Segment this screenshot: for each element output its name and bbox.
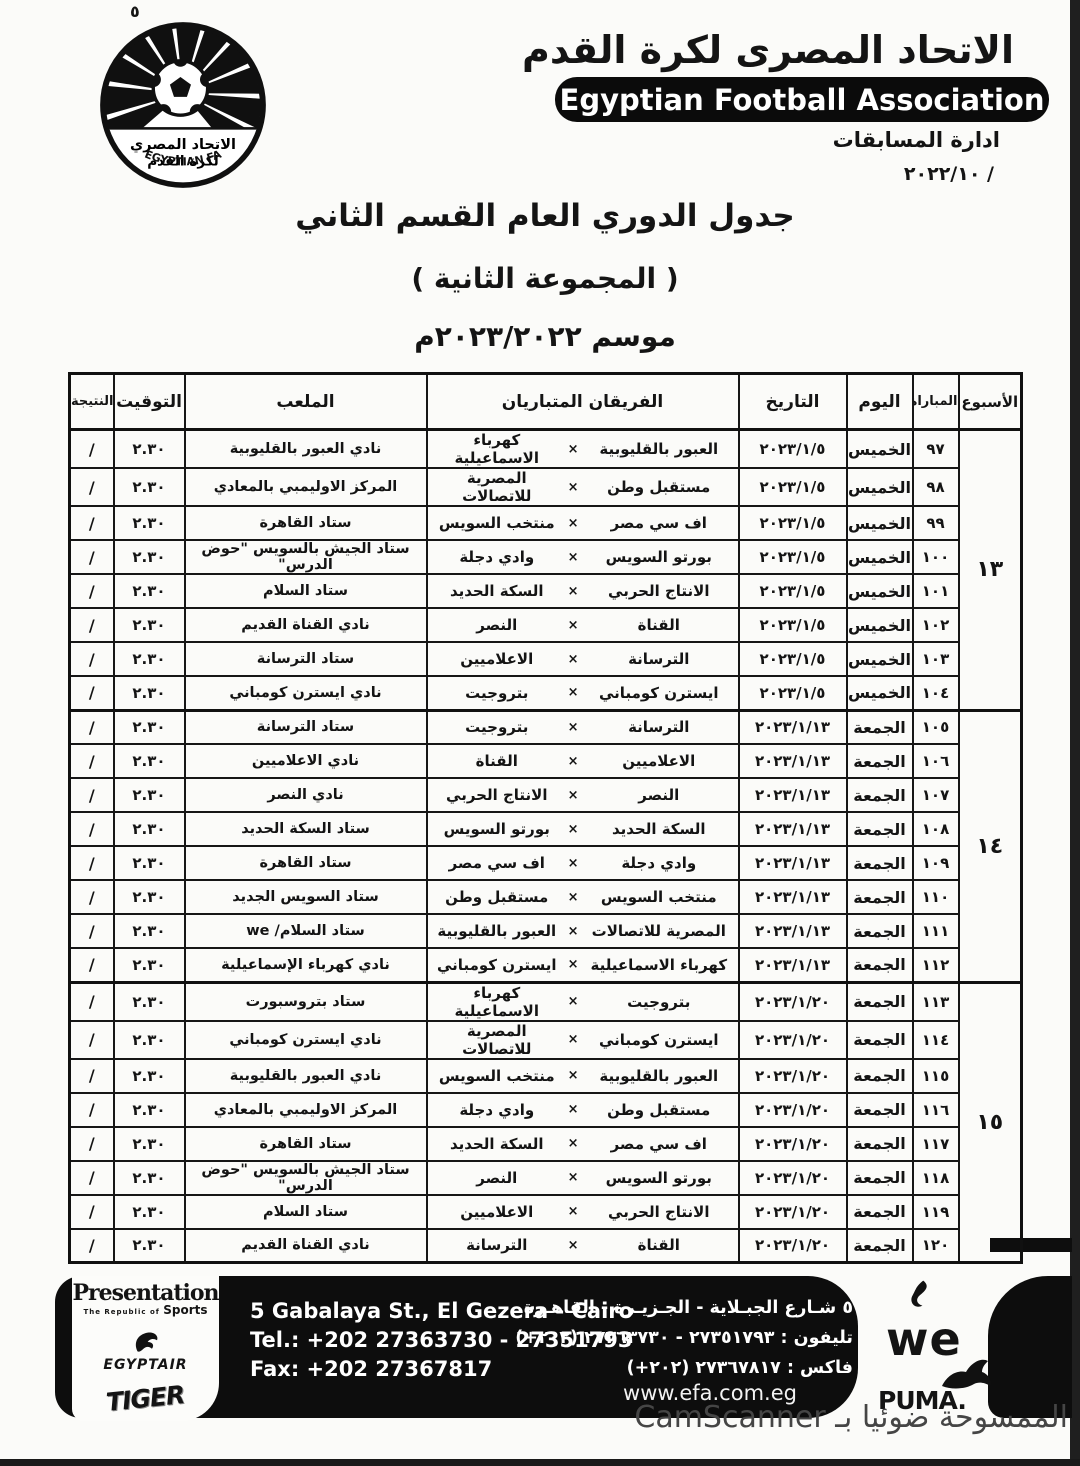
- date-cell: ٢٠٢٣/١/١٣: [739, 778, 847, 812]
- result-cell: /: [70, 676, 114, 710]
- camscanner-watermark: الممسوحة ضوئيا بـ CamScanner: [634, 1400, 1068, 1435]
- result-cell: /: [70, 846, 114, 880]
- vs-separator: ×: [560, 1204, 586, 1219]
- day-cell: الجمعة: [847, 812, 913, 846]
- match-number-cell: ١١٧: [913, 1127, 959, 1161]
- vs-separator: ×: [560, 754, 586, 769]
- result-cell: /: [70, 744, 114, 778]
- teams-cell: كهرباء الاسماعيلية×ايسترن كومباني: [427, 948, 739, 982]
- time-cell: ٢.٣٠: [114, 914, 185, 948]
- match-number-cell: ١٠٥: [913, 710, 959, 744]
- table-row: ١٠١الخميس٢٠٢٣/١/٥الانتاج الحربي×السكة ال…: [70, 574, 1022, 608]
- time-cell: ٢.٣٠: [114, 676, 185, 710]
- result-cell: /: [70, 1127, 114, 1161]
- home-team: منتخب السويس: [586, 888, 731, 906]
- result-cell: /: [70, 430, 114, 469]
- table-row: ١١٩الجمعة٢٠٢٣/١/٢٠الانتاج الحربي×الاعلام…: [70, 1195, 1022, 1229]
- home-team: بورتو السويس: [586, 1169, 731, 1187]
- table-row: ١٣٩٧الخميس٢٠٢٣/١/٥العبور بالقليوبية×كهرب…: [70, 430, 1022, 469]
- teams-cell: الانتاج الحربي×الاعلاميين: [427, 1195, 739, 1229]
- time-cell: ٢.٣٠: [114, 506, 185, 540]
- date-cell: ٢٠٢٣/١/٢٠: [739, 1059, 847, 1093]
- stadium-cell: ستاد بتروسبورت: [185, 982, 427, 1021]
- match-number-cell: ١٠٤: [913, 676, 959, 710]
- address-ar-line1: ٥ شـارع الجبـلاية - الجـزيـرة - القاهـرة: [553, 1293, 853, 1323]
- scan-edge-bottom: [0, 1459, 1080, 1466]
- result-cell: /: [70, 1229, 114, 1263]
- efa-logo-icon: الاتحاد المصري لكرة القدم EGYPTIAN FA: [98, 20, 268, 190]
- day-cell: الخميس: [847, 430, 913, 469]
- teams-cell: الانتاج الحربي×السكة الحديد: [427, 574, 739, 608]
- table-row: ١١٥الجمعة٢٠٢٣/١/٢٠العبور بالقليوبية×منتخ…: [70, 1059, 1022, 1093]
- day-cell: الجمعة: [847, 1021, 913, 1059]
- address-ar-line2: تليفون : ٢٧٣٥١٧٩٣ - ٢٧٣٦٣٧٣٠ (٢٠٢+): [553, 1323, 853, 1353]
- vs-separator: ×: [560, 584, 586, 599]
- day-cell: الجمعة: [847, 1229, 913, 1263]
- table-row: ١٠٧الجمعة٢٠٢٣/١/١٣النصر×الانتاج الحربينا…: [70, 778, 1022, 812]
- away-team: بتروجيت: [434, 684, 561, 702]
- stadium-cell: نادي ايسترن كومباني: [185, 1021, 427, 1059]
- vs-separator: ×: [560, 994, 586, 1009]
- match-number-cell: ١١٠: [913, 880, 959, 914]
- time-cell: ٢.٣٠: [114, 846, 185, 880]
- column-header-week: الأسبوع: [959, 374, 1022, 430]
- stadium-cell: ستاد السلام: [185, 1195, 427, 1229]
- day-cell: الخميس: [847, 642, 913, 676]
- match-number-cell: ١١٣: [913, 982, 959, 1021]
- day-cell: الخميس: [847, 468, 913, 506]
- home-team: بورتو السويس: [586, 548, 731, 566]
- date-cell: ٢٠٢٣/١/٢٠: [739, 1195, 847, 1229]
- result-cell: /: [70, 1161, 114, 1195]
- vs-separator: ×: [560, 550, 586, 565]
- match-number-cell: ١٠٠: [913, 540, 959, 574]
- away-team: مستقبل وطن: [434, 888, 561, 906]
- stadium-cell: نادي العبور بالقليوبية: [185, 430, 427, 469]
- away-team: كهرباء الاسماعيلية: [434, 431, 561, 467]
- home-team: اف سي مصر: [586, 514, 731, 532]
- match-number-cell: ١٠٩: [913, 846, 959, 880]
- away-team: ايسترن كومباني: [434, 956, 561, 974]
- day-cell: الجمعة: [847, 982, 913, 1021]
- away-team: المصرية للاتصالات: [434, 469, 561, 505]
- result-cell: /: [70, 948, 114, 982]
- date-cell: ٢٠٢٣/١/٥: [739, 506, 847, 540]
- away-team: القناة: [434, 752, 561, 770]
- vs-separator: ×: [560, 652, 586, 667]
- time-cell: ٢.٣٠: [114, 642, 185, 676]
- date-cell: ٢٠٢٣/١/٢٠: [739, 1093, 847, 1127]
- time-cell: ٢.٣٠: [114, 982, 185, 1021]
- day-cell: الجمعة: [847, 880, 913, 914]
- stadium-cell: ستاد الجيش بالسويس "حوض الدرس": [185, 1161, 427, 1195]
- away-team: وادي دجلة: [434, 548, 561, 566]
- date-cell: ٢٠٢٣/١/٢٠: [739, 1021, 847, 1059]
- date-cell: ٢٠٢٣/١/٥: [739, 540, 847, 574]
- department-label: ادارة المسابقات: [833, 128, 1000, 152]
- presentation-name: Presentation: [72, 1282, 218, 1304]
- date-cell: ٢٠٢٣/١/٥: [739, 574, 847, 608]
- date-cell: ٢٠٢٣/١/٢٠: [739, 982, 847, 1021]
- day-cell: الخميس: [847, 540, 913, 574]
- match-number-cell: ٩٧: [913, 430, 959, 469]
- match-number-cell: ٩٨: [913, 468, 959, 506]
- table-row: ١٤١٠٥الجمعة٢٠٢٣/١/١٣الترسانة×بتروجيتستاد…: [70, 710, 1022, 744]
- result-cell: /: [70, 914, 114, 948]
- table-row: ١٠٤الخميس٢٠٢٣/١/٥ايسترن كومباني×بتروجيتن…: [70, 676, 1022, 710]
- result-cell: /: [70, 574, 114, 608]
- column-header-teams: الفريقان المتباريان: [427, 374, 739, 430]
- match-number-cell: ١١٦: [913, 1093, 959, 1127]
- column-header-result: النتيجة: [70, 374, 114, 430]
- address-ar-line3: فاكس : ٢٧٣٦٧٨١٧ (٢٠٢+): [553, 1353, 853, 1383]
- day-cell: الجمعة: [847, 914, 913, 948]
- match-number-cell: ١٠٨: [913, 812, 959, 846]
- week-number-cell: ١٤: [959, 710, 1022, 982]
- date-cell: ٢٠٢٣/١/٥: [739, 430, 847, 469]
- schedule-table: الأسبوع المباراة اليوم التاريخ الفريقان …: [68, 372, 1023, 1264]
- day-cell: الخميس: [847, 608, 913, 642]
- vs-separator: ×: [560, 480, 586, 495]
- time-cell: ٢.٣٠: [114, 540, 185, 574]
- stadium-cell: المركز الاوليمبي بالمعادي: [185, 468, 427, 506]
- stadium-cell: ستاد السلام/ we: [185, 914, 427, 948]
- stadium-cell: ستاد السلام: [185, 574, 427, 608]
- stadium-cell: ستاد السكة الحديد: [185, 812, 427, 846]
- document-title: جدول الدوري العام القسم الثاني: [145, 198, 945, 234]
- home-team: وادي دجلة: [586, 854, 731, 872]
- vs-separator: ×: [560, 924, 586, 939]
- table-row: ١٠٠الخميس٢٠٢٣/١/٥بورتو السويس×وادي دجلةس…: [70, 540, 1022, 574]
- home-team: العبور بالقليوبية: [586, 1067, 731, 1085]
- time-cell: ٢.٣٠: [114, 608, 185, 642]
- home-team: القناة: [586, 616, 731, 634]
- teams-cell: وادي دجلة×اف سي مصر: [427, 846, 739, 880]
- teams-cell: بورتو السويس×النصر: [427, 1161, 739, 1195]
- group-title: ( المجموعة الثانية ): [145, 262, 945, 295]
- home-team: الانتاج الحربي: [586, 582, 731, 600]
- reference-number: ٢٠٢٢/١٠ /: [904, 163, 994, 185]
- time-cell: ٢.٣٠: [114, 574, 185, 608]
- away-team: وادي دجلة: [434, 1101, 561, 1119]
- day-cell: الجمعة: [847, 846, 913, 880]
- away-team: كهرباء الاسماعيلية: [434, 984, 561, 1020]
- teams-cell: منتخب السويس×مستقبل وطن: [427, 880, 739, 914]
- away-team: منتخب السويس: [434, 514, 561, 532]
- table-row: ١١٨الجمعة٢٠٢٣/١/٢٠بورتو السويس×النصرستاد…: [70, 1161, 1022, 1195]
- stadium-cell: ستاد القاهرة: [185, 1127, 427, 1161]
- match-number-cell: ١٠٧: [913, 778, 959, 812]
- home-team: مستقبل وطن: [586, 478, 731, 496]
- date-cell: ٢٠٢٣/١/١٣: [739, 744, 847, 778]
- column-header-date: التاريخ: [739, 374, 847, 430]
- vs-separator: ×: [560, 788, 586, 803]
- match-number-cell: ١٠٦: [913, 744, 959, 778]
- home-team: الاعلاميين: [586, 752, 731, 770]
- vs-separator: ×: [560, 1102, 586, 1117]
- stadium-cell: ستاد الترسانة: [185, 642, 427, 676]
- time-cell: ٢.٣٠: [114, 1059, 185, 1093]
- teams-cell: اف سي مصر×السكة الحديد: [427, 1127, 739, 1161]
- vs-separator: ×: [560, 516, 586, 531]
- table-row: ١٥١١٣الجمعة٢٠٢٣/١/٢٠بتروجيت×كهرباء الاسم…: [70, 982, 1022, 1021]
- match-number-cell: ١٠٣: [913, 642, 959, 676]
- vs-separator: ×: [560, 856, 586, 871]
- match-number-cell: ١١٢: [913, 948, 959, 982]
- vs-separator: ×: [560, 1068, 586, 1083]
- teams-cell: بتروجيت×كهرباء الاسماعيلية: [427, 982, 739, 1021]
- away-team: السكة الحديد: [434, 1135, 561, 1153]
- result-cell: /: [70, 1021, 114, 1059]
- vs-separator: ×: [560, 1170, 586, 1185]
- time-cell: ٢.٣٠: [114, 778, 185, 812]
- home-team: السكة الحديد: [586, 820, 731, 838]
- teams-cell: مستقبل وطن×المصرية للاتصالات: [427, 468, 739, 506]
- date-cell: ٢٠٢٣/١/٢٠: [739, 1127, 847, 1161]
- stadium-cell: نادي العبور بالقليوبية: [185, 1059, 427, 1093]
- result-cell: /: [70, 710, 114, 744]
- teams-cell: الترسانة×الاعلاميين: [427, 642, 739, 676]
- result-cell: /: [70, 1059, 114, 1093]
- home-team: بتروجيت: [586, 993, 731, 1011]
- vs-separator: ×: [560, 890, 586, 905]
- schedule-table-body: ١٣٩٧الخميس٢٠٢٣/١/٥العبور بالقليوبية×كهرب…: [70, 430, 1022, 1263]
- table-row: ٩٨الخميس٢٠٢٣/١/٥مستقبل وطن×المصرية للاتص…: [70, 468, 1022, 506]
- result-cell: /: [70, 1093, 114, 1127]
- away-team: العبور بالقليوبية: [434, 922, 561, 940]
- time-cell: ٢.٣٠: [114, 430, 185, 469]
- time-cell: ٢.٣٠: [114, 880, 185, 914]
- date-cell: ٢٠٢٣/١/٥: [739, 468, 847, 506]
- org-name-banner: Egyptian Football Association: [555, 77, 1049, 122]
- home-team: الانتاج الحربي: [586, 1203, 731, 1221]
- date-cell: ٢٠٢٣/١/١٣: [739, 948, 847, 982]
- date-cell: ٢٠٢٣/١/١٣: [739, 846, 847, 880]
- vs-separator: ×: [560, 1032, 586, 1047]
- egyptair-falcon-icon: [129, 1329, 163, 1355]
- teams-cell: الاعلاميين×القناة: [427, 744, 739, 778]
- away-team: بورتو السويس: [434, 820, 561, 838]
- stadium-cell: ستاد الترسانة: [185, 710, 427, 744]
- vs-separator: ×: [560, 1238, 586, 1253]
- table-row: ١١٠الجمعة٢٠٢٣/١/١٣منتخب السويس×مستقبل وط…: [70, 880, 1022, 914]
- vs-separator: ×: [560, 442, 586, 457]
- result-cell: /: [70, 812, 114, 846]
- home-team: اف سي مصر: [586, 1135, 731, 1153]
- result-cell: /: [70, 982, 114, 1021]
- teams-cell: ايسترن كومباني×المصرية للاتصالات: [427, 1021, 739, 1059]
- day-cell: الجمعة: [847, 1195, 913, 1229]
- date-cell: ٢٠٢٣/١/٢٠: [739, 1229, 847, 1263]
- match-number-cell: ١١١: [913, 914, 959, 948]
- time-cell: ٢.٣٠: [114, 710, 185, 744]
- table-row: ٩٩الخميس٢٠٢٣/١/٥اف سي مصر×منتخب السويسست…: [70, 506, 1022, 540]
- teams-cell: السكة الحديد×بورتو السويس: [427, 812, 739, 846]
- vs-separator: ×: [560, 822, 586, 837]
- match-number-cell: ٩٩: [913, 506, 959, 540]
- day-cell: الجمعة: [847, 1161, 913, 1195]
- day-cell: الخميس: [847, 676, 913, 710]
- day-cell: الجمعة: [847, 778, 913, 812]
- table-row: ١١٢الجمعة٢٠٢٣/١/١٣كهرباء الاسماعيلية×ايس…: [70, 948, 1022, 982]
- stadium-cell: نادي كهرباء الإسماعيلية: [185, 948, 427, 982]
- day-cell: الخميس: [847, 506, 913, 540]
- match-number-cell: ١١٥: [913, 1059, 959, 1093]
- home-team: مستقبل وطن: [586, 1101, 731, 1119]
- stadium-cell: المركز الاوليمبي بالمعادي: [185, 1093, 427, 1127]
- match-number-cell: ١٢٠: [913, 1229, 959, 1263]
- time-cell: ٢.٣٠: [114, 744, 185, 778]
- away-team: الاعلاميين: [434, 650, 561, 668]
- away-team: الترسانة: [434, 1236, 561, 1254]
- week-number-cell: ١٥: [959, 982, 1022, 1263]
- away-team: الانتاج الحربي: [434, 786, 561, 804]
- vs-separator: ×: [560, 618, 586, 633]
- home-team: القناة: [586, 1236, 731, 1254]
- table-row: ١١٧الجمعة٢٠٢٣/١/٢٠اف سي مصر×السكة الحديد…: [70, 1127, 1022, 1161]
- away-team: بتروجيت: [434, 718, 561, 736]
- away-team: اف سي مصر: [434, 854, 561, 872]
- presentation-tagline-bold: Sports: [163, 1303, 207, 1317]
- date-cell: ٢٠٢٣/١/٥: [739, 642, 847, 676]
- time-cell: ٢.٣٠: [114, 948, 185, 982]
- time-cell: ٢.٣٠: [114, 1161, 185, 1195]
- teams-cell: الترسانة×بتروجيت: [427, 710, 739, 744]
- vs-separator: ×: [560, 720, 586, 735]
- day-cell: الجمعة: [847, 1093, 913, 1127]
- day-cell: الخميس: [847, 574, 913, 608]
- sponsor-panel: Presentation The Republic of Sports EGYP…: [72, 1276, 219, 1421]
- egyptair-logo: EGYPTAIR: [103, 1329, 187, 1372]
- teams-cell: النصر×الانتاج الحربي: [427, 778, 739, 812]
- home-team: الترسانة: [586, 650, 731, 668]
- home-team: العبور بالقليوبية: [586, 440, 731, 458]
- teams-cell: العبور بالقليوبية×كهرباء الاسماعيلية: [427, 430, 739, 469]
- away-team: المصرية للاتصالات: [434, 1022, 561, 1058]
- stadium-cell: نادي الاعلاميين: [185, 744, 427, 778]
- away-team: السكة الحديد: [434, 582, 561, 600]
- vs-separator: ×: [560, 685, 586, 700]
- match-number-cell: ١١٩: [913, 1195, 959, 1229]
- away-team: النصر: [434, 1169, 561, 1187]
- column-header-day: اليوم: [847, 374, 913, 430]
- teams-cell: القناة×النصر: [427, 608, 739, 642]
- match-number-cell: ١٠٢: [913, 608, 959, 642]
- home-team: كهرباء الاسماعيلية: [586, 956, 731, 974]
- time-cell: ٢.٣٠: [114, 1229, 185, 1263]
- org-name-english: Egyptian Football Association: [560, 83, 1045, 117]
- home-team: النصر: [586, 786, 731, 804]
- teams-cell: العبور بالقليوبية×منتخب السويس: [427, 1059, 739, 1093]
- result-cell: /: [70, 468, 114, 506]
- teams-cell: القناة×الترسانة: [427, 1229, 739, 1263]
- table-header-row: الأسبوع المباراة اليوم التاريخ الفريقان …: [70, 374, 1022, 430]
- stadium-cell: نادي القناة القديم: [185, 1229, 427, 1263]
- day-cell: الجمعة: [847, 948, 913, 982]
- table-row: ١٠٩الجمعة٢٠٢٣/١/١٣وادي دجلة×اف سي مصرستا…: [70, 846, 1022, 880]
- result-cell: /: [70, 506, 114, 540]
- column-header-time: التوقيت: [114, 374, 185, 430]
- time-cell: ٢.٣٠: [114, 1093, 185, 1127]
- scanned-document-page: ٥: [0, 0, 1080, 1466]
- teams-cell: ايسترن كومباني×بتروجيت: [427, 676, 739, 710]
- stadium-cell: نادي النصر: [185, 778, 427, 812]
- date-cell: ٢٠٢٣/١/١٣: [739, 914, 847, 948]
- stadium-cell: نادي القناة القديم: [185, 608, 427, 642]
- result-cell: /: [70, 642, 114, 676]
- home-team: ايسترن كومباني: [586, 1031, 731, 1049]
- date-cell: ٢٠٢٣/١/٥: [739, 676, 847, 710]
- time-cell: ٢.٣٠: [114, 1195, 185, 1229]
- result-cell: /: [70, 1195, 114, 1229]
- home-team: الترسانة: [586, 718, 731, 736]
- table-row: ١١١الجمعة٢٠٢٣/١/١٣المصرية للاتصالات×العب…: [70, 914, 1022, 948]
- stadium-cell: نادي ايسترن كومباني: [185, 676, 427, 710]
- column-header-stadium: الملعب: [185, 374, 427, 430]
- result-cell: /: [70, 778, 114, 812]
- day-cell: الجمعة: [847, 710, 913, 744]
- match-number-cell: ١٠١: [913, 574, 959, 608]
- egyptair-label: EGYPTAIR: [103, 1358, 187, 1372]
- home-team: ايسترن كومباني: [586, 684, 731, 702]
- time-cell: ٢.٣٠: [114, 468, 185, 506]
- stadium-cell: ستاد القاهرة: [185, 506, 427, 540]
- date-cell: ٢٠٢٣/١/٥: [739, 608, 847, 642]
- away-team: الاعلاميين: [434, 1203, 561, 1221]
- table-row: ١٠٢الخميس٢٠٢٣/١/٥القناة×النصرنادي القناة…: [70, 608, 1022, 642]
- date-cell: ٢٠٢٣/١/٢٠: [739, 1161, 847, 1195]
- table-row: ١١٤الجمعة٢٠٢٣/١/٢٠ايسترن كومباني×المصرية…: [70, 1021, 1022, 1059]
- teams-cell: مستقبل وطن×وادي دجلة: [427, 1093, 739, 1127]
- stadium-cell: ستاد القاهرة: [185, 846, 427, 880]
- day-cell: الجمعة: [847, 1059, 913, 1093]
- away-team: منتخب السويس: [434, 1067, 561, 1085]
- result-cell: /: [70, 540, 114, 574]
- vs-separator: ×: [560, 957, 586, 972]
- stadium-cell: ستاد الجيش بالسويس "حوض الدرس": [185, 540, 427, 574]
- time-cell: ٢.٣٠: [114, 812, 185, 846]
- tiger-logo: TIGER: [105, 1380, 186, 1417]
- table-row: ١١٦الجمعة٢٠٢٣/١/٢٠مستقبل وطن×وادي دجلةال…: [70, 1093, 1022, 1127]
- page-corner-mark: ٥: [130, 2, 140, 21]
- match-number-cell: ١١٨: [913, 1161, 959, 1195]
- presentation-sports-logo: Presentation The Republic of Sports: [72, 1282, 218, 1316]
- stadium-cell: ستاد السويس الجديد: [185, 880, 427, 914]
- match-number-cell: ١١٤: [913, 1021, 959, 1059]
- footer-right-shape: [988, 1276, 1072, 1418]
- address-arabic: ٥ شـارع الجبـلاية - الجـزيـرة - القاهـرة…: [553, 1293, 853, 1383]
- presentation-tagline: The Republic of: [83, 1308, 159, 1316]
- home-team: المصرية للاتصالات: [586, 922, 731, 940]
- result-cell: /: [70, 880, 114, 914]
- season-title: موسم ٢٠٢٣/٢٠٢٢م: [145, 320, 945, 353]
- table-row: ١٠٦الجمعة٢٠٢٣/١/١٣الاعلاميين×القناةنادي …: [70, 744, 1022, 778]
- day-cell: الجمعة: [847, 1127, 913, 1161]
- away-team: النصر: [434, 616, 561, 634]
- date-cell: ٢٠٢٣/١/١٣: [739, 812, 847, 846]
- column-header-match: المباراة: [913, 374, 959, 430]
- table-row: ١٠٨الجمعة٢٠٢٣/١/١٣السكة الحديد×بورتو الس…: [70, 812, 1022, 846]
- table-row: ١٠٣الخميس٢٠٢٣/١/٥الترسانة×الاعلاميينستاد…: [70, 642, 1022, 676]
- teams-cell: المصرية للاتصالات×العبور بالقليوبية: [427, 914, 739, 948]
- time-cell: ٢.٣٠: [114, 1127, 185, 1161]
- day-cell: الجمعة: [847, 744, 913, 778]
- week-number-cell: ١٣: [959, 430, 1022, 711]
- org-name-arabic: الاتحاد المصرى لكرة القدم: [522, 28, 1014, 72]
- result-cell: /: [70, 608, 114, 642]
- teams-cell: اف سي مصر×منتخب السويس: [427, 506, 739, 540]
- time-cell: ٢.٣٠: [114, 1021, 185, 1059]
